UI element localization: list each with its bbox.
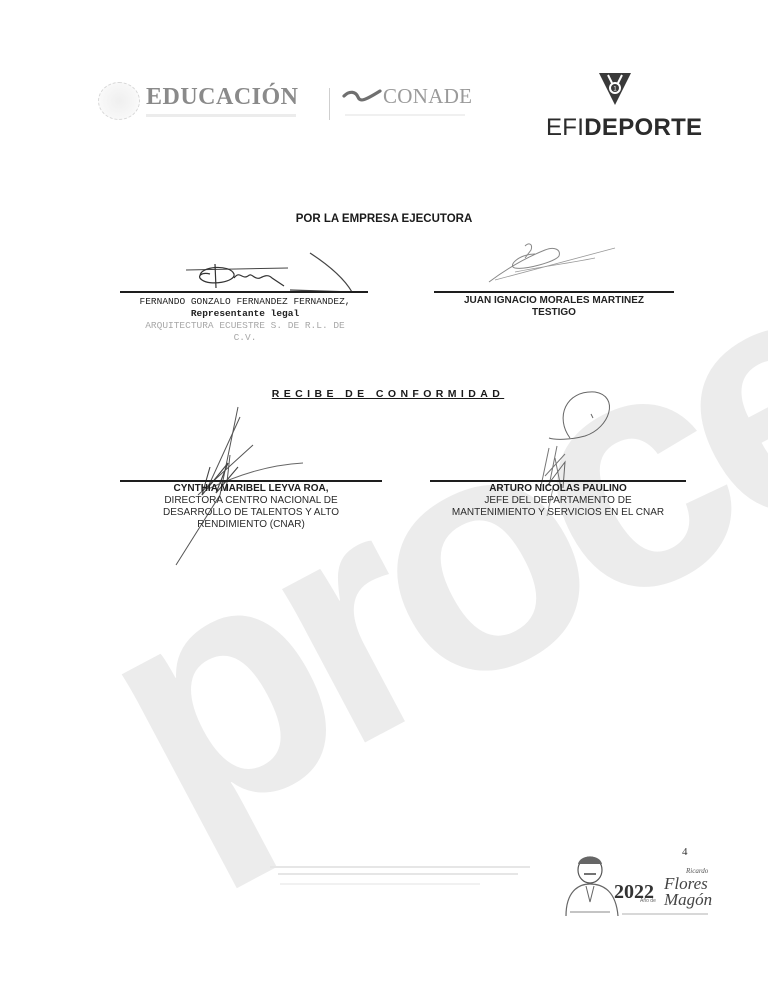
receipt-section-title: RECIBE DE CONFORMIDAD — [250, 388, 526, 400]
medal-icon: 1 — [597, 71, 633, 107]
signatory-role-arturo-line1: JEFE DEL DEPARTAMENTO DE — [430, 495, 686, 508]
signatory-name-cynthia: CYNTHIA MARIBEL LEYVA ROA, — [120, 483, 382, 494]
commemorative-subtitle-line — [622, 913, 708, 915]
conade-subtitle-line — [345, 114, 465, 116]
signatory-role-cynthia-line2: DESARROLLO DE TALENTOS Y ALTO — [120, 507, 382, 520]
educacion-logo-text: EDUCACIÓN — [146, 84, 299, 111]
signatory-name-fernando: FERNANDO GONZALO FERNANDEZ FERNANDEZ, — [110, 296, 380, 307]
company-name-line1: ARQUITECTURA ECUESTRE S. DE R.L. DE — [110, 320, 380, 331]
signature-line-juan-ignacio — [434, 291, 674, 293]
national-seal-icon — [98, 82, 140, 120]
conade-logo-text: CONADE — [383, 84, 472, 109]
signatory-name-arturo: ARTURO NICOLAS PAULINO — [430, 483, 686, 494]
signature-juan-ignacio — [485, 240, 620, 285]
page-number: 4 — [682, 846, 688, 858]
signatory-name-juan-ignacio: JUAN IGNACIO MORALES MARTINEZ — [434, 295, 674, 306]
signatory-role-juan-ignacio: TESTIGO — [434, 307, 674, 318]
company-name-line2: C.V. — [110, 332, 380, 343]
swoosh-icon — [342, 88, 382, 106]
footer-faded-text-line3 — [280, 883, 480, 885]
efideporte-logo-text: EFIDEPORTE — [546, 114, 702, 142]
signature-line-fernando — [120, 291, 368, 293]
executor-section-title: POR LA EMPRESA EJECUTORA — [234, 213, 534, 225]
efideporte-bold-text: DEPORTE — [584, 114, 702, 141]
signatory-role-arturo-line2: MANTENIMIENTO Y SERVICIOS EN EL CNAR — [430, 507, 686, 520]
signatory-role-cynthia-line3: RENDIMIENTO (CNAR) — [120, 519, 382, 532]
signature-line-arturo — [430, 480, 686, 482]
ricardo-flores-magon-portrait-icon — [560, 852, 622, 920]
commemorative-line2: Magón — [664, 890, 712, 910]
logo-divider — [329, 88, 330, 120]
educacion-subtitle-line — [146, 114, 296, 117]
footer-faded-text-line2 — [278, 873, 518, 875]
signatory-role-fernando: Representante legal — [110, 308, 380, 319]
efideporte-light-text: EFI — [546, 114, 584, 141]
signatory-role-cynthia-line1: DIRECTORA CENTRO NACIONAL DE — [120, 495, 382, 508]
commemorative-prefix: Año de — [640, 898, 656, 904]
footer-faded-text-line1 — [270, 866, 530, 868]
svg-text:proceso: proceso — [44, 33, 768, 902]
signature-line-cynthia — [120, 480, 382, 482]
